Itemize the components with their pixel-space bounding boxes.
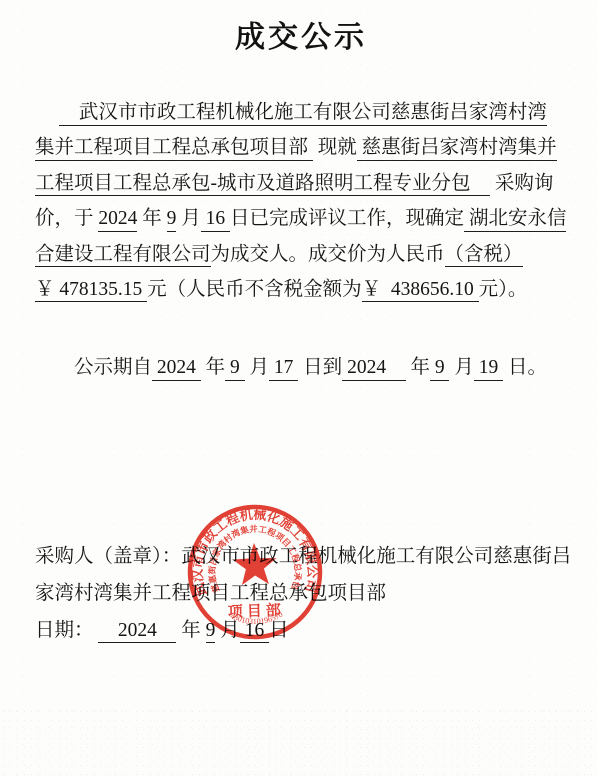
filled-in-value: 湖北安永信 (464, 208, 566, 232)
text-segment: 月 (176, 208, 200, 229)
text-segment: 年 (406, 357, 430, 378)
text-segment: 元）。 (479, 279, 528, 300)
text-segment: 价，于 (35, 208, 98, 229)
publicity-period-paragraph: 公示期自 2024 年 9 月 17 日到 2024 年 9 月 19 日。 (35, 350, 567, 385)
filled-in-value: （含税） (445, 244, 523, 268)
text-segment: 年 (201, 357, 225, 378)
filled-in-value: 19 (474, 357, 503, 381)
doc-line: ￥ 478135.15 元（人民币不含税金额为￥ 438656.10 元）。 (35, 272, 567, 307)
scan-noise (0, 707, 597, 777)
text-segment: 年 (137, 208, 166, 229)
doc-line: 公示期自 2024 年 9 月 17 日到 2024 年 9 月 19 日。 (35, 350, 567, 385)
doc-line: 合建设工程有限公司为成交人。成交价为人民币（含税） (35, 237, 567, 272)
text-segment: 为成交人。成交价为人民币 (211, 244, 445, 265)
official-seal: 武汉市市政工程机械化施工有限公司 慈惠街吕家湾村湾集并工程项目工程总承包 项目部… (162, 479, 348, 665)
filled-in-value: 9 (430, 357, 450, 381)
filled-in-value: 2024 (98, 208, 137, 232)
doc-line: 价，于 2024 年 9 月 16 日已完成评议工作，现确定 湖北安永信 (35, 201, 567, 236)
filled-in-value: 慈惠街吕家湾村湾集并 (357, 137, 557, 161)
filled-in-value: ￥ 438656.10 (362, 279, 479, 303)
filled-in-value: 2024 (98, 620, 176, 644)
text-segment: 现就 (313, 137, 357, 158)
filled-in-value: 9 (225, 357, 245, 381)
text-segment (35, 102, 59, 123)
doc-line: 集并工程项目工程总承包项目部 现就 慈惠街吕家湾村湾集并 (35, 130, 567, 165)
filled-in-value: 16 (201, 208, 230, 232)
scanned-document-page: 成交公示 武汉市市政工程机械化施工有限公司慈惠街吕家湾村湾 集并工程项目工程总承… (0, 0, 597, 777)
filled-in-value: 2024 (152, 357, 201, 381)
doc-line: 武汉市市政工程机械化施工有限公司慈惠街吕家湾村湾 (35, 95, 567, 130)
document-title: 成交公示 (35, 20, 567, 56)
text-segment: 日期： (35, 620, 98, 641)
text-segment: 月 (449, 357, 473, 378)
text-segment: 元（人民币不含税金额为 (147, 279, 362, 300)
filled-in-value: 17 (269, 357, 298, 381)
filled-in-value: 合建设工程有限公司 (35, 244, 211, 268)
filled-in-value: ￥ 478135.15 (35, 279, 147, 303)
filled-in-value: 武汉市市政工程机械化施工有限公司慈惠街吕家湾村湾 (59, 102, 547, 126)
filled-in-value: 9 (167, 208, 177, 232)
text-segment: 公示期自 (35, 357, 152, 378)
text-segment: 采购询 (490, 173, 553, 194)
text-segment: 月 (245, 357, 269, 378)
text-segment: 日。 (503, 357, 547, 378)
filled-in-value: 集并工程项目工程总承包项目部 (35, 137, 313, 161)
doc-line: 工程项目工程总承包-城市及道路照明工程专业分包 采购询 (35, 166, 567, 201)
text-segment: 日已完成评议工作，现确定 (230, 208, 464, 229)
filled-in-value: 工程项目工程总承包-城市及道路照明工程专业分包 (35, 173, 490, 197)
filled-in-value: 2024 (342, 357, 405, 381)
seal-star-icon (232, 542, 277, 585)
announcement-paragraph: 武汉市市政工程机械化施工有限公司慈惠街吕家湾村湾 集并工程项目工程总承包项目部 … (35, 95, 567, 307)
text-segment: 日到 (298, 357, 342, 378)
